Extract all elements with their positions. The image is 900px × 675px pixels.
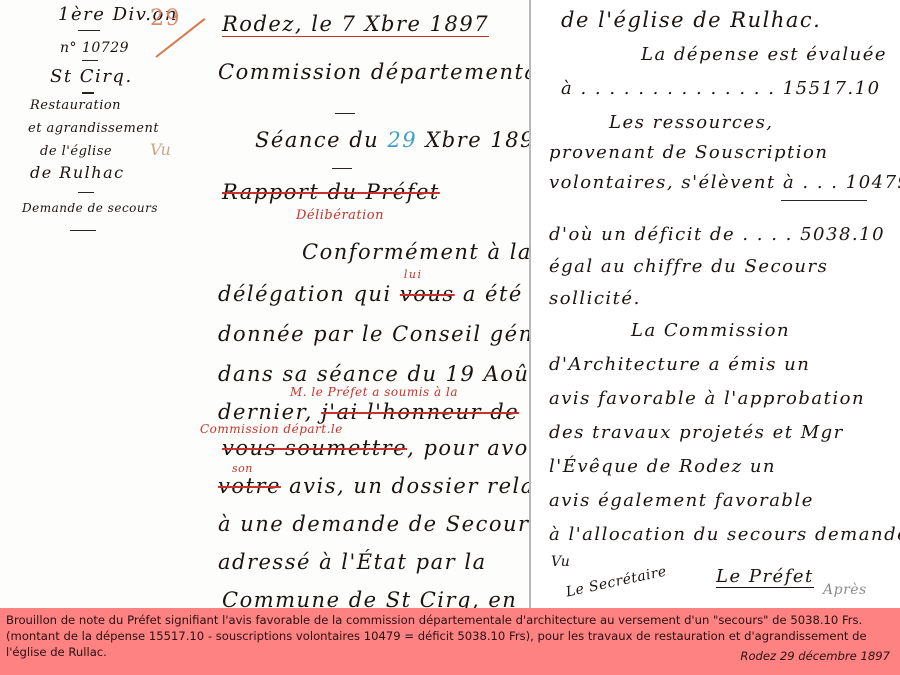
right-page: de l'église de Rulhac. La dépense est év…: [531, 0, 900, 608]
sum-rule: [781, 200, 867, 201]
margin-commune: St Cirq.: [50, 66, 133, 87]
seance-prefix: Séance du: [255, 128, 379, 152]
struck-text: vous: [400, 282, 455, 306]
body-line: d'où un déficit de . . . . 5038.10: [549, 224, 885, 245]
body-line: Les ressources,: [609, 112, 774, 133]
red-folio-number: 29: [150, 6, 181, 31]
body-line: provenant de Souscription: [549, 142, 828, 163]
margin-request: Demande de secours: [22, 201, 158, 215]
red-insertion: M. le Préfet a soumis à la: [290, 385, 458, 399]
body-line: l'Évêque de Rodez un: [549, 456, 776, 477]
body-line: de l'église de Rulhac.: [561, 8, 821, 32]
margin-subject-1: Restauration: [30, 98, 121, 113]
body-line: avis également favorable: [549, 490, 814, 511]
body-line: d'Architecture a émis un: [549, 354, 810, 375]
seance-line: Séance du 29 Xbre 1897: [255, 128, 550, 152]
signature-initials: Vu: [551, 554, 570, 570]
body-line: vous soumettre, pour avoir: [222, 436, 549, 460]
body-line: volontaires, s'élèvent à . . . 10479.f: [549, 172, 900, 193]
body-line: La dépense est évaluée: [641, 44, 887, 65]
body-line: sollicité.: [549, 288, 641, 309]
left-page: 1ère Div.on n° 10729 St Cirq. Restaurati…: [0, 0, 528, 608]
body-line: dans sa séance du 19 Août: [218, 362, 539, 386]
text-fragment: dernier,: [218, 400, 313, 424]
body-line: dernier, j'ai l'honneur de: [218, 400, 519, 424]
body-line: à l'allocation du secours demandé;: [549, 524, 900, 545]
body-line: La Commission: [631, 320, 790, 341]
body-line: des travaux projetés et Mgr: [549, 422, 844, 443]
seance-day: 29: [387, 128, 417, 152]
margin-rule: [78, 192, 94, 193]
margin-subject-4: de Rulhac: [30, 163, 125, 182]
body-line: votre avis, un dossier relatif: [218, 474, 562, 498]
margin-subject-2: et agrandissement: [28, 121, 159, 136]
manuscript-scan: 1ère Div.on n° 10729 St Cirq. Restaurati…: [0, 0, 900, 608]
deliberation-label: Délibération: [296, 208, 384, 223]
pencil-scribble: Vu: [150, 140, 171, 159]
body-line: à . . . . . . . . . . . . . . 15517.10: [561, 78, 881, 99]
commission-title: Commission départementale: [218, 60, 561, 84]
struck-text: votre: [218, 474, 281, 498]
margin-rule: [82, 60, 98, 61]
text-fragment: , pour avoir: [407, 436, 548, 460]
struck-text: j'ai l'honneur de: [321, 400, 519, 424]
margin-rule: [78, 30, 100, 31]
margin-rule: [82, 92, 94, 94]
secretary-signature: Le Secrétaire: [564, 564, 668, 601]
body-line: délégation qui lui vous a été: [218, 282, 523, 306]
margin-rule: [70, 230, 96, 231]
body-line: égal au chiffre du Secours: [549, 256, 828, 277]
place-date: Rodez, le 7 Xbre 1897: [222, 12, 489, 37]
text-fragment: avis, un dossier relatif: [289, 474, 562, 498]
approved-note: Après: [823, 582, 867, 598]
struck-text: vous soumettre: [222, 436, 407, 460]
red-insertion: lui: [404, 268, 423, 281]
prefect-signature: Le Préfet: [716, 566, 814, 588]
header-rule: [332, 168, 352, 169]
caption-band: Brouillon de note du Préfet signifiant l…: [0, 608, 900, 675]
body-line: Conformément à la: [302, 240, 532, 264]
body-line: adressé à l'État par la: [218, 550, 487, 574]
header-rule: [335, 113, 355, 114]
margin-subject-3: de l'église: [40, 144, 112, 159]
text-fragment: a été: [463, 282, 523, 306]
red-insertion: Commission départ.le: [200, 422, 343, 436]
caption-date: Rodez 29 décembre 1897: [740, 648, 890, 664]
margin-number: n° 10729: [60, 40, 129, 56]
body-line: Commune de St Cirq, en: [222, 588, 517, 608]
report-title: Rapport du Préfet: [222, 180, 440, 204]
correction: lui vous: [400, 282, 463, 306]
text-fragment: délégation qui: [218, 282, 392, 306]
body-line: avis favorable à l'approbation: [549, 388, 865, 409]
body-line: à une demande de Secours: [218, 512, 542, 536]
